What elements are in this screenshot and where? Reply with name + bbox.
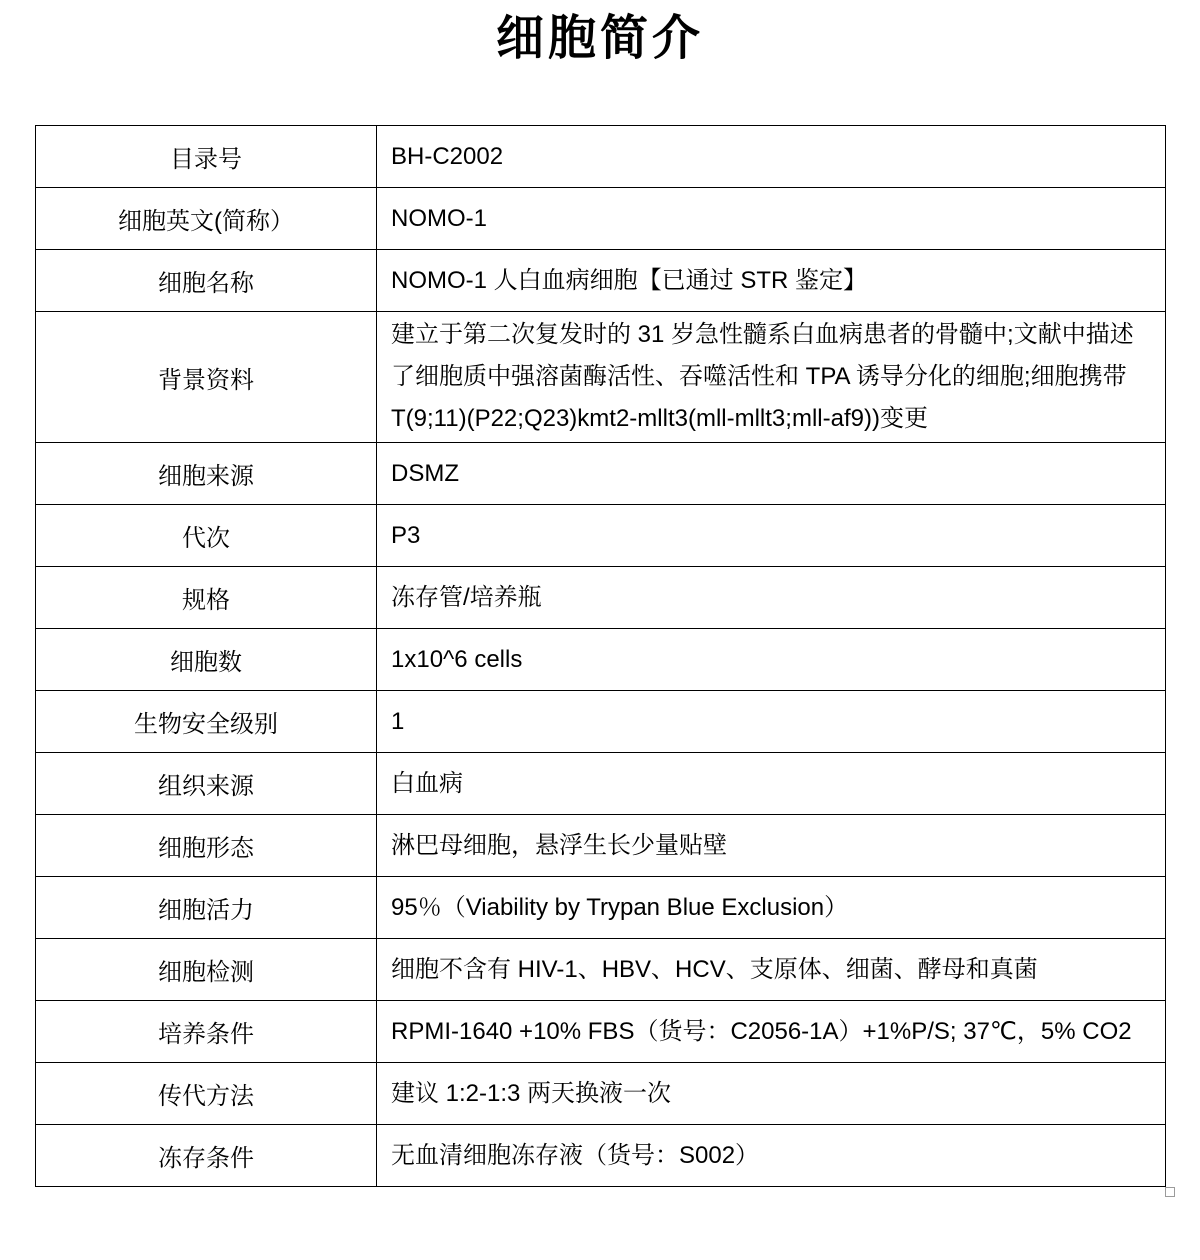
document-page: 细胞简介 目录号 BH-C2002 细胞英文(简称） NOMO-1 细胞名称 N…: [0, 0, 1200, 1260]
table-row-cell-count: 细胞数 1x10^6 cells: [36, 629, 1166, 691]
table-row-cryopreservation-conditions: 冻存条件 无血清细胞冻存液（货号：S002）: [36, 1125, 1166, 1187]
catalog-number-value: BH-C2002: [377, 126, 1166, 188]
cell-english-abbr-label: 细胞英文(简称）: [36, 188, 377, 250]
cell-info-table: 目录号 BH-C2002 细胞英文(简称） NOMO-1 细胞名称 NOMO-1…: [35, 125, 1166, 1187]
table-row-cell-viability: 细胞活力 95％（Viability by Trypan Blue Exclus…: [36, 877, 1166, 939]
cell-testing-label: 细胞检测: [36, 939, 377, 1001]
table-row-specification: 规格 冻存管/培养瓶: [36, 567, 1166, 629]
cell-name-value: NOMO-1 人白血病细胞【已通过 STR 鉴定】: [377, 250, 1166, 312]
background-info-label: 背景资料: [36, 312, 377, 443]
biosafety-level-label: 生物安全级别: [36, 691, 377, 753]
table-row-passaging-method: 传代方法 建议 1:2-1:3 两天换液一次: [36, 1063, 1166, 1125]
table-row-cell-morphology: 细胞形态 淋巴母细胞，悬浮生长少量贴壁: [36, 815, 1166, 877]
biosafety-level-value: 1: [377, 691, 1166, 753]
cell-count-value: 1x10^6 cells: [377, 629, 1166, 691]
table-row-cell-english-abbr: 细胞英文(简称） NOMO-1: [36, 188, 1166, 250]
specification-value: 冻存管/培养瓶: [377, 567, 1166, 629]
table-row-cell-testing: 细胞检测 细胞不含有 HIV-1、HBV、HCV、支原体、细菌、酵母和真菌: [36, 939, 1166, 1001]
cell-viability-value: 95％（Viability by Trypan Blue Exclusion）: [377, 877, 1166, 939]
culture-conditions-label: 培养条件: [36, 1001, 377, 1063]
background-info-value: 建立于第二次复发时的 31 岁急性髓系白血病患者的骨髓中;文献中描述了细胞质中强…: [377, 312, 1166, 443]
cell-viability-label: 细胞活力: [36, 877, 377, 939]
cell-name-label: 细胞名称: [36, 250, 377, 312]
cell-source-value: DSMZ: [377, 443, 1166, 505]
cell-morphology-label: 细胞形态: [36, 815, 377, 877]
tissue-source-value: 白血病: [377, 753, 1166, 815]
table-row-cell-source: 细胞来源 DSMZ: [36, 443, 1166, 505]
table-row-culture-conditions: 培养条件 RPMI-1640 +10% FBS（货号：C2056-1A）+1%P…: [36, 1001, 1166, 1063]
passage-value: P3: [377, 505, 1166, 567]
cell-morphology-value: 淋巴母细胞，悬浮生长少量贴壁: [377, 815, 1166, 877]
table-row-biosafety-level: 生物安全级别 1: [36, 691, 1166, 753]
table-row-tissue-source: 组织来源 白血病: [36, 753, 1166, 815]
cell-source-label: 细胞来源: [36, 443, 377, 505]
tissue-source-label: 组织来源: [36, 753, 377, 815]
culture-conditions-value: RPMI-1640 +10% FBS（货号：C2056-1A）+1%P/S; 3…: [377, 1001, 1166, 1063]
passaging-method-label: 传代方法: [36, 1063, 377, 1125]
passage-label: 代次: [36, 505, 377, 567]
cell-count-label: 细胞数: [36, 629, 377, 691]
cell-testing-value: 细胞不含有 HIV-1、HBV、HCV、支原体、细菌、酵母和真菌: [377, 939, 1166, 1001]
passaging-method-value: 建议 1:2-1:3 两天换液一次: [377, 1063, 1166, 1125]
catalog-number-label: 目录号: [36, 126, 377, 188]
cell-english-abbr-value: NOMO-1: [377, 188, 1166, 250]
table-resize-handle[interactable]: [1165, 1187, 1175, 1197]
specification-label: 规格: [36, 567, 377, 629]
table-row-catalog-number: 目录号 BH-C2002: [36, 126, 1166, 188]
cryopreservation-conditions-label: 冻存条件: [36, 1125, 377, 1187]
table-row-cell-name: 细胞名称 NOMO-1 人白血病细胞【已通过 STR 鉴定】: [36, 250, 1166, 312]
page-title: 细胞简介: [0, 10, 1200, 68]
table-row-passage: 代次 P3: [36, 505, 1166, 567]
table-row-background-info: 背景资料 建立于第二次复发时的 31 岁急性髓系白血病患者的骨髓中;文献中描述了…: [36, 312, 1166, 443]
cryopreservation-conditions-value: 无血清细胞冻存液（货号：S002）: [377, 1125, 1166, 1187]
